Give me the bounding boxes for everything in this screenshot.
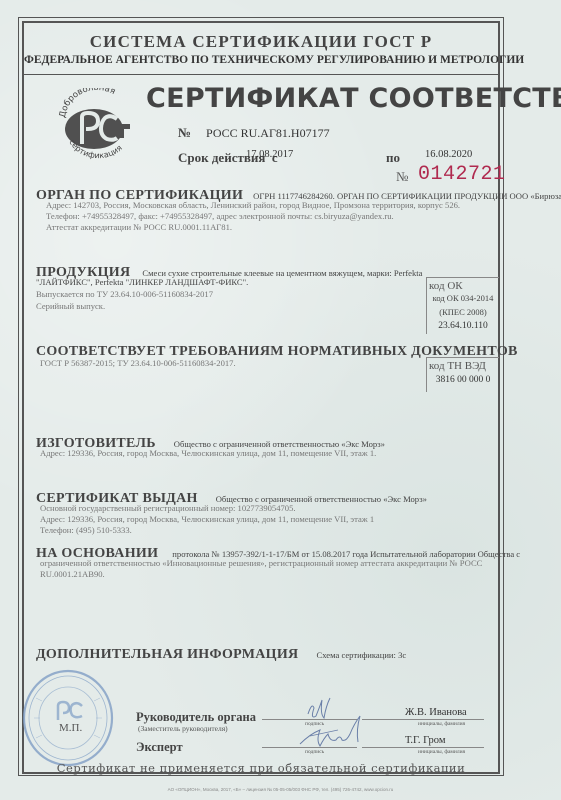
basis-line-2: ограниченной ответственностью «Инновацио… <box>40 558 482 569</box>
certification-body-contacts: Телефон: +74955328497, факс: +7495532849… <box>46 211 394 222</box>
basis-line-3: RU.0001.21АВ90. <box>40 569 105 580</box>
certificate-number-label: № <box>178 125 191 141</box>
head-name-line <box>362 719 484 720</box>
stamp-place-label: М.П. <box>59 722 82 734</box>
document-title: СЕРТИФИКАТ СООТВЕТСТВИЯ <box>146 83 561 114</box>
header-divider <box>24 74 498 75</box>
expert-name-line <box>362 747 484 748</box>
issued-to-ogrn: Основной государственный регистрационный… <box>40 503 296 514</box>
print-info: АО «ОПЦИОН», Москва, 2017, «Б» – лицензи… <box>0 787 561 792</box>
footer-note: Сертификат не применяется при обязательн… <box>24 761 498 775</box>
valid-to-date: 16.08.2020 <box>425 149 472 160</box>
head-of-body-name: Ж.В. Иванова <box>405 707 467 718</box>
product-brands: "ЛАЙТФИКС", Perfekta "ЛИНКЕР ЛАНДШАФТ-ФИ… <box>36 277 248 288</box>
certification-body-address: Адрес: 142703, Россия, Московская област… <box>46 200 460 211</box>
ok-code-value: 23.64.10.110 <box>427 321 499 331</box>
tnved-code-value: 3816 00 000 0 <box>427 375 499 385</box>
additional-info-section: ДОПОЛНИТЕЛЬНАЯ ИНФОРМАЦИЯ Схема сертифик… <box>36 645 406 663</box>
agency-name: ФЕДЕРАЛЬНОЕ АГЕНТСТВО ПО ТЕХНИЧЕСКОМУ РЕ… <box>24 54 498 66</box>
system-title: СИСТЕМА СЕРТИФИКАЦИИ ГОСТ Р <box>24 32 498 52</box>
tnved-code-box: код ТН ВЭД 3816 00 000 0 <box>426 357 499 392</box>
tnved-code-title: код ТН ВЭД <box>429 360 499 372</box>
head-of-body-label: Руководитель органа <box>136 710 256 725</box>
ok-code-kpes: (КПЕС 2008) <box>427 307 499 317</box>
issued-to-address: Адрес: 129336, Россия, город Москва, Чел… <box>40 514 374 525</box>
certification-body-accreditation: Аттестат аккредитации № РОСС RU.0001.11А… <box>46 222 232 233</box>
deputy-head-label: (Заместитель руководителя) <box>138 724 228 733</box>
serial-number-label: № <box>396 169 408 185</box>
official-stamp-icon <box>22 668 114 768</box>
certificate-number: РОСС RU.АГ81.Н07177 <box>206 126 330 141</box>
ok-code-box: код ОК код ОК 034-2014 (КПЕС 2008) 23.64… <box>426 277 499 334</box>
handwritten-signature-icon <box>290 694 380 754</box>
manufacturer-address: Адрес: 129336, Россия, город Москва, Чел… <box>40 448 376 459</box>
product-spec: Выпускается по ТУ 23.64.10-006-51160834-… <box>36 289 213 300</box>
standards-text: ГОСТ Р 56387-2015; ТУ 23.64.10-006-51160… <box>40 358 236 369</box>
rst-logo-icon: Добровольная сертификация <box>57 88 137 166</box>
certification-scheme: Схема сертификации: 3с <box>316 650 406 660</box>
additional-info-heading: ДОПОЛНИТЕЛЬНАЯ ИНФОРМАЦИЯ <box>36 647 298 662</box>
product-release-type: Серийный выпуск. <box>36 301 105 312</box>
issued-to-phone: Телефон: (495) 510-5333. <box>40 525 132 536</box>
valid-from-date: 17.08.2017 <box>246 149 293 160</box>
expert-label: Эксперт <box>136 740 183 755</box>
ok-code-classifier: код ОК 034-2014 <box>427 293 499 303</box>
head-name-caption: инициалы, фамилия <box>418 721 465 727</box>
expert-name: Т.Г. Гром <box>405 735 445 746</box>
validity-to-label: по <box>386 150 400 166</box>
ok-code-title: код ОК <box>429 280 499 292</box>
expert-name-caption: инициалы, фамилия <box>418 749 465 755</box>
serial-number: 0142721 <box>418 163 506 186</box>
